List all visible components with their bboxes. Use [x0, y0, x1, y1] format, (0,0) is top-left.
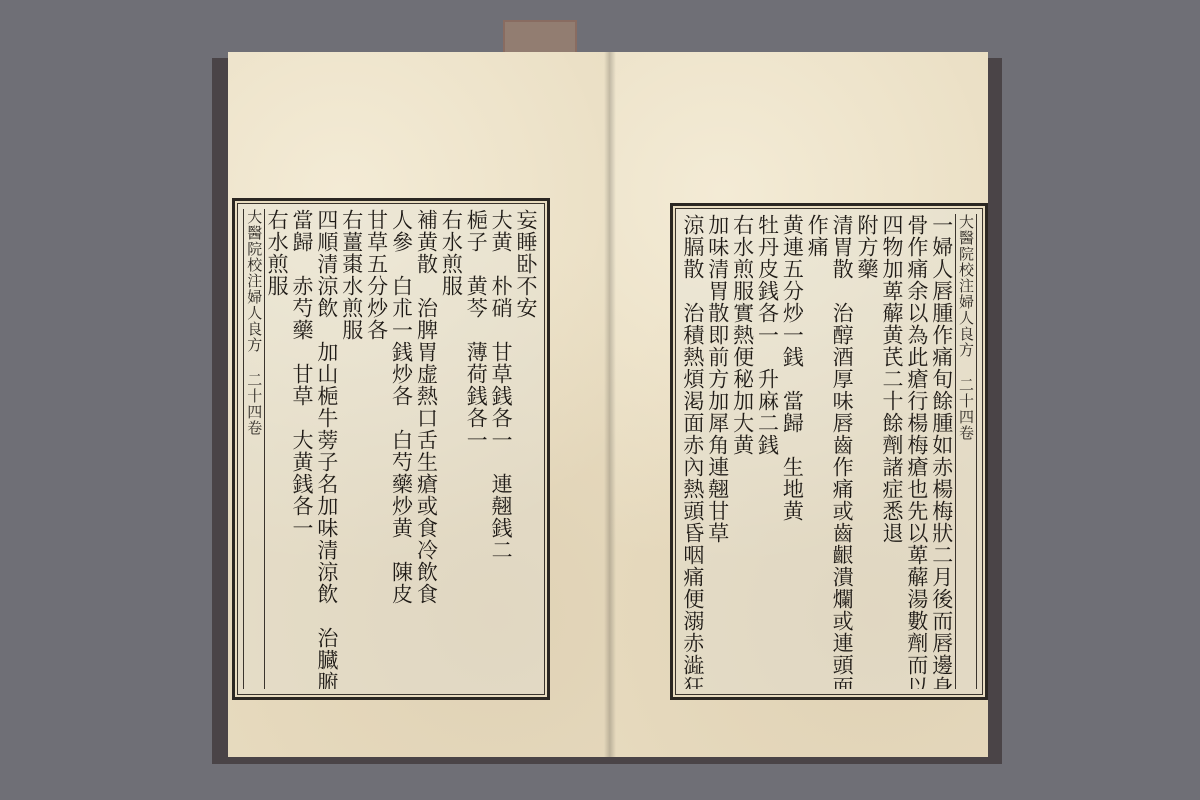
page-margin-label: 大醫院校注婦人良方 二十四卷 [243, 209, 265, 689]
text-column: 妄睡卧不安 [514, 209, 539, 689]
text-column: 梔子 黄芩 薄荷銭各一 [464, 209, 489, 689]
text-column: 四物加萆薢黄芪二十餘劑諸症悉退 [880, 214, 905, 689]
text-column: 牡丹皮銭各一 升麻二銭 [756, 214, 781, 689]
text-column: 右水煎服實熱便秘加大黄 [731, 214, 756, 689]
text-column: 大黄 朴硝 甘草銭各一 連翹銭二 [489, 209, 514, 689]
text-column: 人參 白朮一銭炒各 白芍藥炒黄 陳皮 [390, 209, 415, 689]
text-column: 黄連五分炒一銭 當歸 生地黄 [780, 214, 805, 689]
text-column: 涼膈散 治積熱煩渇面赤內熱頭昏咽痛便溺赤澁狂言譫 [681, 214, 706, 689]
text-column: 右薑棗水煎服 [340, 209, 365, 689]
text-column: 當歸 赤芍藥 甘草 大黄銭各一 [290, 209, 315, 689]
book-gutter [604, 52, 616, 757]
text-column: 一婦人唇腫作痛旬餘腫如赤楊梅狀二月後而唇邊身筋 [930, 214, 955, 689]
text-column: 右水煎服 [265, 209, 290, 689]
text-column: 補黄散 治脾胃虚熱口舌生瘡或食冷飲食 [415, 209, 440, 689]
text-column: 右水煎服 [439, 209, 464, 689]
text-column: 清胃散 治醇酒厚味唇齒作痛或齒齦潰爛或連頭面頸項 [830, 214, 855, 689]
text-column: 附方藥 [855, 214, 880, 689]
left-text-frame: 妄睡卧不安 大黄 朴硝 甘草銭各一 連翹銭二 梔子 黄芩 薄荷銭各一 右水煎服 … [232, 198, 550, 700]
text-column: 四順清涼飲 加山梔牛蒡子名加味清涼飲 治臓腑實熱秘結口舌生瘡 [315, 209, 340, 689]
page-margin-label: 大醫院校注婦人良方 二十四卷 [955, 214, 977, 689]
text-column: 甘草五分炒各 [365, 209, 390, 689]
text-column: 骨作痛余以為此瘡行楊梅瘡也先以萆薢湯數劑而以 [905, 214, 930, 689]
text-column: 加味清胃散即前方加犀角連翹甘草 [706, 214, 731, 689]
text-column: 作痛 [805, 214, 830, 689]
right-text-frame: 大醫院校注婦人良方 二十四卷 一婦人唇腫作痛旬餘腫如赤楊梅狀二月後而唇邊身筋 骨… [670, 203, 988, 700]
